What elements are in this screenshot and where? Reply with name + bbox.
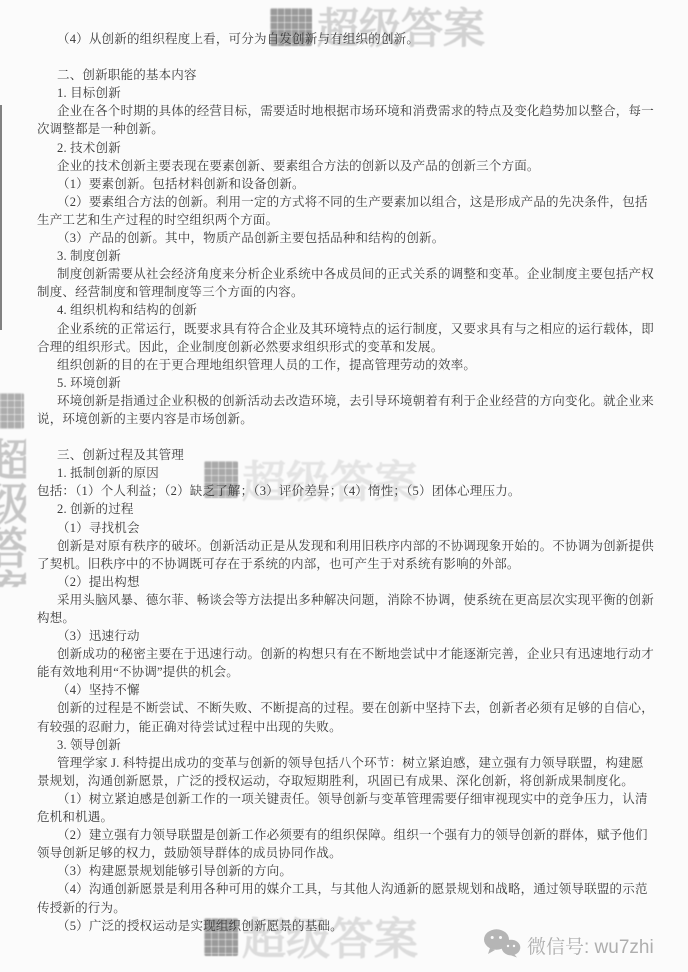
watermark-left-vertical: 超级答案 [0, 393, 26, 587]
text-line: 景规划，沟通创新愿景，广泛的授权运动，夺取短期胜利，巩固已有成果、深化创新，将创… [37, 772, 672, 790]
text-line: 合理的组织形式。因此，企业制度创新必然要求组织形式的变革和发展。 [37, 338, 672, 356]
brand-watermark-text: 超级答案 [0, 437, 26, 587]
text-line: 1. 目标创新 [37, 84, 672, 102]
text-line: 创新是对原有秩序的破坏。创新活动正是从发现和利用旧秩序内部的不协调现象开始的。不… [37, 537, 672, 555]
text-line: 2. 技术创新 [37, 139, 672, 157]
text-line: 能有效地利用“不协调”提供的机会。 [37, 663, 672, 681]
text-line: （2）要素组合方法的创新。利用一定的方式将不同的生产要素加以组合，这是形成产品的… [37, 193, 672, 211]
text-line: 3. 领导创新 [37, 736, 672, 754]
scan-edge-line [0, 105, 2, 330]
text-line: （4）从创新的组织程度上看，可分为自发创新与有组织的创新。 [37, 30, 672, 48]
text-line: （3）构建愿景规划能够引导创新的方向。 [37, 862, 672, 880]
text-line: 生产工艺和生产过程的时空组织两个方面。 [37, 211, 672, 229]
document-text: （4）从创新的组织程度上看，可分为自发创新与有组织的创新。二、创新职能的基本内容… [37, 30, 672, 935]
text-line: （1）树立紧迫感是创新工作的一项关键责任。领导创新与变革管理需要仔细审视现实中的… [37, 790, 672, 808]
text-line: 领导创新足够的权力，鼓励领导群体的成员协同作战。 [37, 844, 672, 862]
scanned-document-page: 超级答案 超级答案 超级答案 超级答案 （4）从创新的组织程度上看，可分为自发创… [0, 0, 688, 972]
text-line: 危机和机遇。 [37, 808, 672, 826]
text-line: 传授新的行为。 [37, 899, 672, 917]
text-line: 包括：（1）个人利益；（2）缺乏了解；（3）评价差异；（4）惰性；（5）团体心理… [37, 482, 672, 500]
text-line: （5）广泛的授权运动是实现组织创新愿景的基础。 [37, 917, 672, 935]
text-line: （3）迅速行动 [37, 627, 672, 645]
text-line: 有较强的忍耐力，能正确对待尝试过程中出现的失败。 [37, 718, 672, 736]
text-line: 制度创新需要从社会经济角度来分析企业系统中各成员间的正式关系的调整和变革。企业制… [37, 265, 672, 283]
wechat-id-label: 微信号: wu7zhi [527, 932, 654, 959]
text-line: 制度、经营制度和管理制度等三个方面的内容。 [37, 283, 672, 301]
text-line: （1）寻找机会 [37, 519, 672, 537]
text-line: 企业系统的正常运行，既要求具有符合企业及其环境特点的运行制度，又要求具有与之相应… [37, 320, 672, 338]
text-line: 3. 制度创新 [37, 247, 672, 265]
text-line: 组织创新的目的在于更合理地组织管理人员的工作，提高管理劳动的效率。 [37, 356, 672, 374]
text-line: （4）沟通创新愿景是利用各种可用的媒介工具，与其他人沟通新的愿景规划和战略，通过… [37, 880, 672, 898]
text-line: 二、创新职能的基本内容 [37, 66, 672, 84]
text-line: （3）产品的创新。其中，物质产品创新主要包括品种和结构的创新。 [37, 229, 672, 247]
brand-logo-icon [0, 393, 24, 429]
text-line: 2. 创新的过程 [37, 500, 672, 518]
text-line: 5. 环境创新 [37, 374, 672, 392]
text-line: 创新的过程是不断尝试、不断失败、不断提高的过程。要在创新中坚持下去，创新者必须有… [37, 699, 672, 717]
text-line: 了契机。旧秩序中的不协调既可存在于系统的内部，也可产生于对系统有影响的外部。 [37, 555, 672, 573]
text-line: 采用头脑风暴、德尔菲、畅谈会等方法提出多种解决问题，消除不协调，使系统在更高层次… [37, 591, 672, 609]
text-line: 三、创新过程及其管理 [37, 446, 672, 464]
text-line: 4. 组织机构和结构的创新 [37, 301, 672, 319]
text-line: 1. 抵制创新的原因 [37, 464, 672, 482]
text-line: （4）坚持不懈 [37, 681, 672, 699]
text-line: 说，环境创新的主要内容是市场创新。 [37, 410, 672, 428]
text-line: 创新成功的秘密主要在于迅速行动。创新的构想只有在不断地尝试中才能逐渐完善，企业只… [37, 645, 672, 663]
text-line: 次调整都是一种创新。 [37, 120, 672, 138]
text-line: 管理学家 J. 科特提出成功的变革与创新的领导包括八个环节：树立紧迫感，建立强有… [37, 754, 672, 772]
text-line: 环境创新是指通过企业积极的创新活动去改造环境，去引导环境朝着有利于企业经营的方向… [37, 392, 672, 410]
text-line: （2）建立强有力领导联盟是创新工作必须要有的组织保障。组织一个强有力的领导创新的… [37, 826, 672, 844]
text-line: 企业在各个时期的具体的经营目标，需要适时地根据市场环境和消费需求的特点及变化趋势… [37, 102, 672, 120]
text-line: 构想。 [37, 609, 672, 627]
text-line: （1）要素创新。包括材料创新和设备创新。 [37, 175, 672, 193]
text-line: （2）提出构想 [37, 573, 672, 591]
text-line: 企业的技术创新主要表现在要素创新、要素组合方法的创新以及产品的创新三个方面。 [37, 157, 672, 175]
